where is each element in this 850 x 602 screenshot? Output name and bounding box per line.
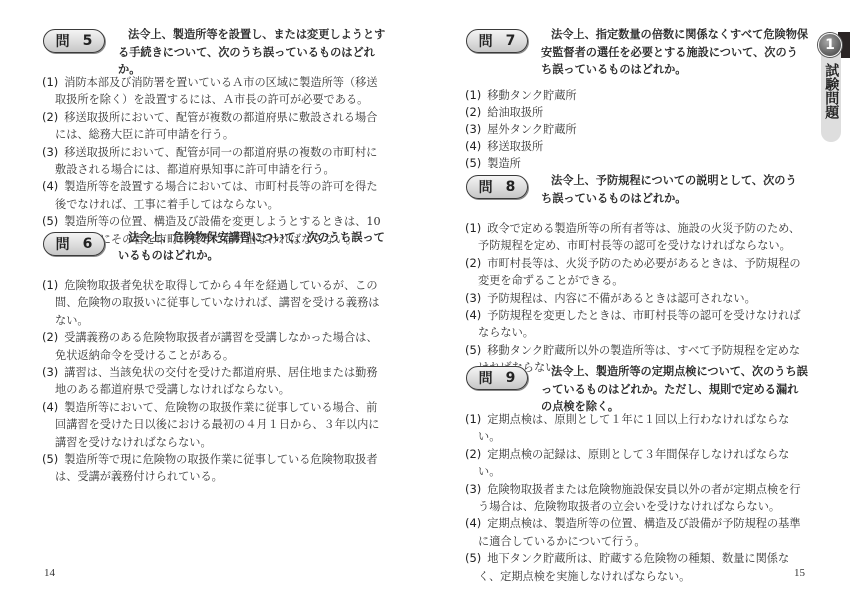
chapter-number: 1 [825,37,835,53]
question-8: 問 8 法令上、予防規程についての説明として、次のうち誤っているものはどれか。 … [466,175,806,377]
question-text: 法令上、製造所等の定期点検について、次のうち誤っているものはどれか。ただし、規則… [541,363,809,416]
option-text: 定期点検は、原則として１年に１回以上行わなければならない。 [478,413,789,443]
question-number-badge: 問 8 [466,175,528,199]
right-page: 問 7 法令上、指定数量の倍数に関係なくすべて危険物保安監督者の選任を必要とする… [425,0,850,602]
option-4: (4)定期点検は、製造所等の位置、構造及び設備が予防規程の基準に適合しているかに… [465,515,806,550]
option-text: 受講義務のある危険物取扱者が講習を受講しなかった場合は、免状返納命令を受けること… [55,331,378,361]
option-number: (4) [465,308,481,322]
option-text: 政令で定める製造所等の所有者等は、施設の火災予防のため、予防規程を定め、市町村長… [478,222,800,252]
question-header: 問 7 法令上、指定数量の倍数に関係なくすべて危険物保安監督者の選任を必要とする… [466,29,806,92]
option-text: 地下タンク貯蔵所は、貯蔵する危険物の種類、数量に関係なく、定期点検を実施しなけれ… [478,552,789,582]
option-3: (3)移送取扱所において、配管が同一の都道府県の複数の市町村に敷設される場合には… [42,144,388,179]
option-list: (1)移動タンク貯蔵所 (2)給油取扱所 (3)屋外タンク貯蔵所 (4)移送取扱… [465,87,806,172]
badge-kanji: 問 [56,234,70,254]
option-4: (4)製造所等を設置する場合においては、市町村長等の許可を得た後でなければ、工事… [42,178,388,213]
question-6: 問 6 法令上、危険物保安講習について、次のうち誤っているものはどれか。 (1)… [43,232,388,486]
option-text: 移送取扱所において、配管が複数の都道府県に敷設される場合には、総務大臣に許可申請… [55,111,377,141]
option-4: (4)予防規程を変更したときは、市町村長等の認可を受けなければならない。 [465,307,806,342]
question-header: 問 6 法令上、危険物保安講習について、次のうち誤っているものはどれか。 [43,232,388,278]
badge-number: 6 [83,236,93,252]
left-page: 問 5 法令上、製造所等を設置し、または変更しようとする手続きについて、次のうち… [0,0,425,602]
badge-kanji: 問 [479,31,493,51]
option-number: (1) [465,221,481,235]
question-number-badge: 問 7 [466,29,528,53]
question-5: 問 5 法令上、製造所等を設置し、または変更しようとする手続きについて、次のうち… [43,29,388,248]
page-number-left: 14 [44,567,55,579]
option-number: (1) [465,88,481,102]
page-number-right: 15 [794,567,805,579]
option-text: 移動タンク貯蔵所 [487,89,576,102]
option-list: (1)定期点検は、原則として１年に１回以上行わなければならない。 (2)定期点検… [465,411,806,585]
question-text: 法令上、危険物保安講習について、次のうち誤っているものはどれか。 [118,229,388,264]
option-5: (5)地下タンク貯蔵所は、貯蔵する危険物の種類、数量に関係なく、定期点検を実施し… [465,550,806,585]
option-number: (1) [42,278,58,292]
option-1: (1)政令で定める製造所等の所有者等は、施設の火災予防のため、予防規程を定め、市… [465,220,806,255]
question-text: 法令上、製造所等を設置し、または変更しようとする手続きについて、次のうち誤ってい… [118,26,388,79]
option-3: (3)危険物取扱者または危険物施設保安員以外の者が定期点検を行う場合は、危険物取… [465,481,806,516]
question-number-badge: 問 9 [466,366,528,390]
option-number: (5) [465,343,481,357]
badge-number: 9 [506,370,516,386]
option-text: 危険物取扱者または危険物施設保安員以外の者が定期点検を行う場合は、危険物取扱者の… [478,483,801,513]
option-number: (4) [42,400,58,414]
badge-number: 5 [83,33,93,49]
option-2: (2)移送取扱所において、配管が複数の都道府県に敷設される場合には、総務大臣に許… [42,109,388,144]
option-text: 講習は、当該免状の交付を受けた都道府県、居住地または勤務地のある都道府県で受講し… [55,366,378,396]
option-text: 予防規程を変更したときは、市町村長等の認可を受けなければならない。 [478,309,801,339]
option-text: 製造所等において、危険物の取扱作業に従事している場合、前回講習を受けた日以後にお… [55,401,379,449]
question-7: 問 7 法令上、指定数量の倍数に関係なくすべて危険物保安監督者の選任を必要とする… [466,29,806,172]
question-9: 問 9 法令上、製造所等の定期点検について、次のうち誤っているものはどれか。ただ… [466,366,806,585]
option-text: 予防規程は、内容に不備があるときは認可されない。 [487,292,756,305]
option-number: (4) [42,179,58,193]
option-number: (1) [465,412,481,426]
badge-number: 8 [506,179,516,195]
option-text: 製造所等で現に危険物の取扱作業に従事している危険物取扱者は、受講が義務付けられて… [55,453,378,483]
option-5: (5)製造所 [465,155,806,172]
option-3: (3)屋外タンク貯蔵所 [465,121,806,138]
option-2: (2)受講義務のある危険物取扱者が講習を受講しなかった場合は、免状返納命令を受け… [42,329,388,364]
option-2: (2)定期点検の記録は、原則として３年間保存しなければならない。 [465,446,806,481]
question-header: 問 8 法令上、予防規程についての説明として、次のうち誤っているものはどれか。 [466,175,806,221]
option-text: 給油取扱所 [487,106,543,119]
option-1: (1)消防本部及び消防署を置いているＡ市の区域に製造所等（移送取扱所を除く）を設… [42,74,388,109]
option-number: (5) [42,452,58,466]
option-text: 製造所 [487,157,521,170]
option-number: (3) [42,145,58,159]
question-text: 法令上、予防規程についての説明として、次のうち誤っているものはどれか。 [541,172,803,207]
option-text: 定期点検の記録は、原則として３年間保存しなければならない。 [478,448,789,478]
option-number: (5) [465,551,481,565]
question-header: 問 9 法令上、製造所等の定期点検について、次のうち誤っているものはどれか。ただ… [466,366,806,412]
chapter-label: 試験問題 [821,63,841,119]
option-list: (1)消防本部及び消防署を置いているＡ市の区域に製造所等（移送取扱所を除く）を設… [42,74,388,248]
option-number: (3) [465,122,481,136]
option-4: (4)製造所等において、危険物の取扱作業に従事している場合、前回講習を受けた日以… [42,399,388,451]
option-number: (4) [465,516,481,530]
option-text: 市町村長等は、火災予防のため必要があるときは、予防規程の変更を命ずることができる… [478,257,801,287]
option-5: (5)製造所等で現に危険物の取扱作業に従事している危険物取扱者は、受講が義務付け… [42,451,388,486]
option-text: 定期点検は、製造所等の位置、構造及び設備が予防規程の基準に適合しているかについて… [478,517,801,547]
option-list: (1)政令で定める製造所等の所有者等は、施設の火災予防のため、予防規程を定め、市… [465,220,806,377]
option-number: (1) [42,75,58,89]
option-number: (4) [465,139,481,153]
option-number: (2) [42,330,58,344]
option-number: (2) [465,256,481,270]
option-1: (1)危険物取扱者免状を取得してから４年を経過しているが、この間、危険物の取扱い… [42,277,388,329]
option-3: (3)予防規程は、内容に不備があるときは認可されない。 [465,290,806,307]
option-2: (2)給油取扱所 [465,104,806,121]
option-text: 危険物取扱者免状を取得してから４年を経過しているが、この間、危険物の取扱いに従事… [55,279,379,327]
badge-kanji: 問 [56,31,70,51]
option-1: (1)定期点検は、原則として１年に１回以上行わなければならない。 [465,411,806,446]
option-number: (2) [465,105,481,119]
question-number-badge: 問 5 [43,29,105,53]
option-number: (5) [465,156,481,170]
badge-number: 7 [506,33,516,49]
chapter-number-circle-icon: 1 [818,33,842,57]
option-number: (3) [42,365,58,379]
badge-kanji: 問 [479,177,493,197]
option-text: 屋外タンク貯蔵所 [487,123,576,136]
question-header: 問 5 法令上、製造所等を設置し、または変更しようとする手続きについて、次のうち… [43,29,388,75]
option-text: 製造所等を設置する場合においては、市町村長等の許可を得た後でなければ、工事に着手… [55,180,378,210]
option-text: 移送取扱所において、配管が同一の都道府県の複数の市町村に敷設される場合には、都道… [55,146,377,176]
chapter-side-tab: 1 試験問題 [818,30,850,142]
option-number: (5) [42,214,58,228]
option-number: (3) [465,482,481,496]
question-text: 法令上、指定数量の倍数に関係なくすべて危険物保安監督者の選任を必要とする施設につ… [541,26,809,79]
option-list: (1)危険物取扱者免状を取得してから４年を経過しているが、この間、危険物の取扱い… [42,277,388,486]
option-1: (1)移動タンク貯蔵所 [465,87,806,104]
option-number: (2) [42,110,58,124]
question-number-badge: 問 6 [43,232,105,256]
option-number: (3) [465,291,481,305]
option-text: 移送取扱所 [487,140,543,153]
option-4: (4)移送取扱所 [465,138,806,155]
option-number: (2) [465,447,481,461]
badge-kanji: 問 [479,368,493,388]
option-3: (3)講習は、当該免状の交付を受けた都道府県、居住地または勤務地のある都道府県で… [42,364,388,399]
option-2: (2)市町村長等は、火災予防のため必要があるときは、予防規程の変更を命ずることが… [465,255,806,290]
option-text: 消防本部及び消防署を置いているＡ市の区域に製造所等（移送取扱所を除く）を設置する… [55,76,378,106]
